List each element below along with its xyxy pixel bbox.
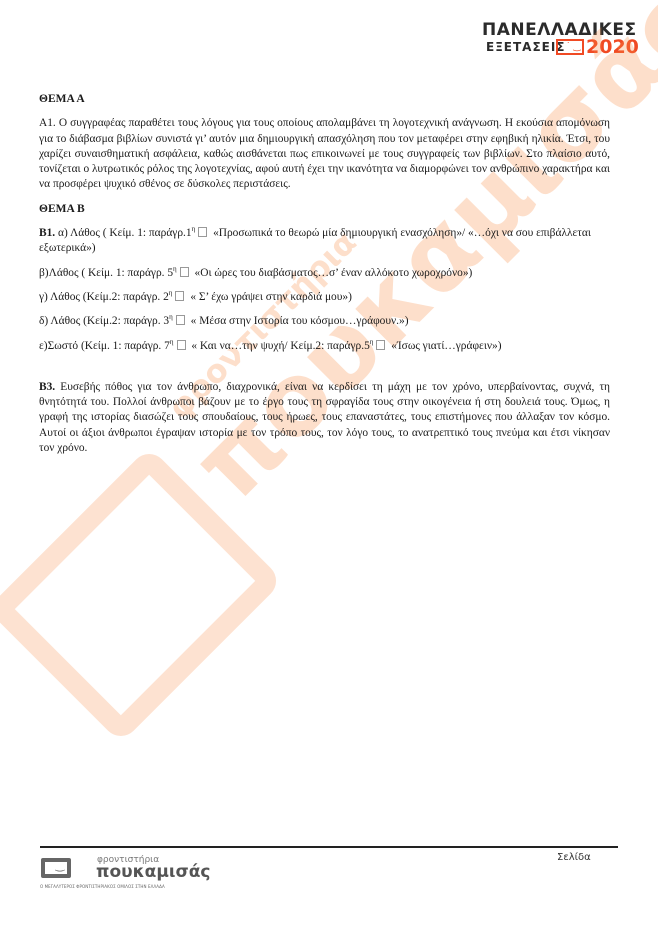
answer-b1-b: β)Λάθος ( Κείμ. 1: παράγρ. 5η «Οι ώρες τ…: [39, 266, 610, 281]
logo-subtitle: ΕΞΕΤΑΣΕΙΣ: [486, 40, 566, 54]
arrow-icon: [198, 227, 207, 237]
arrow-icon: [376, 340, 385, 350]
panelladikes-2020-logo: ΠΑΝΕΛΛΑΔΙΚΕΣ ΕΞΕΤΑΣΕΙΣ ˙ ‿ 2020: [478, 20, 638, 60]
watermark-screen-icon: [0, 447, 283, 744]
section-a-heading: ΘΕΜΑ Α: [39, 92, 610, 107]
arrow-icon: [176, 315, 185, 325]
answer-b1-c: γ) Λάθος (Κείμ.2: παράγρ. 2η « Σ’ έχω γρ…: [39, 290, 610, 305]
arrow-icon: [180, 267, 189, 277]
answer-b3: Β3. Ευσεβής πόθος για τον άνθρωπο, διαχρ…: [39, 380, 610, 456]
smiley-screen-icon: ˙ ‿: [556, 39, 584, 55]
footer-tagline: Ο ΜΕΓΑΛΥΤΕΡΟΣ ΦΡΟΝΤΙΣΤΗΡΙΑΚΟΣ ΟΜΙΛΟΣ ΣΤΗ…: [40, 884, 165, 889]
answer-b1-a: Β1. α) Λάθος ( Κείμ. 1: παράγρ.1η «Προσω…: [39, 226, 610, 257]
b1-label: Β1.: [39, 227, 55, 239]
b3-label: Β3.: [39, 381, 55, 393]
document-body: ΘΕΜΑ Α Α1. Ο συγγραφέας παραθέτει τους λ…: [39, 92, 610, 465]
page-label: Σελίδα: [557, 852, 591, 863]
answer-b1-d: δ) Λάθος (Κείμ.2: παράγρ. 3η « Μέσα στην…: [39, 314, 610, 329]
answer-a1: Α1. Ο συγγραφέας παραθέτει τους λόγους γ…: [39, 116, 610, 192]
smiley-screen-icon: ˙‿: [41, 858, 71, 878]
section-b-heading: ΘΕΜΑ Β: [39, 202, 610, 217]
logo-year: 2020: [586, 36, 639, 58]
arrow-icon: [177, 340, 186, 350]
footer-logo-big: πουκαμισάς: [96, 862, 211, 882]
poukamisas-logo: ˙‿ φροντιστήρια πουκαμισάς Ο ΜΕΓΑΛΥΤΕΡΟΣ…: [40, 855, 220, 895]
footer-divider: [40, 846, 618, 848]
answer-b1-e: ε)Σωστό (Κείμ. 1: παράγρ. 7η « Και να…τη…: [39, 339, 610, 354]
arrow-icon: [175, 291, 184, 301]
